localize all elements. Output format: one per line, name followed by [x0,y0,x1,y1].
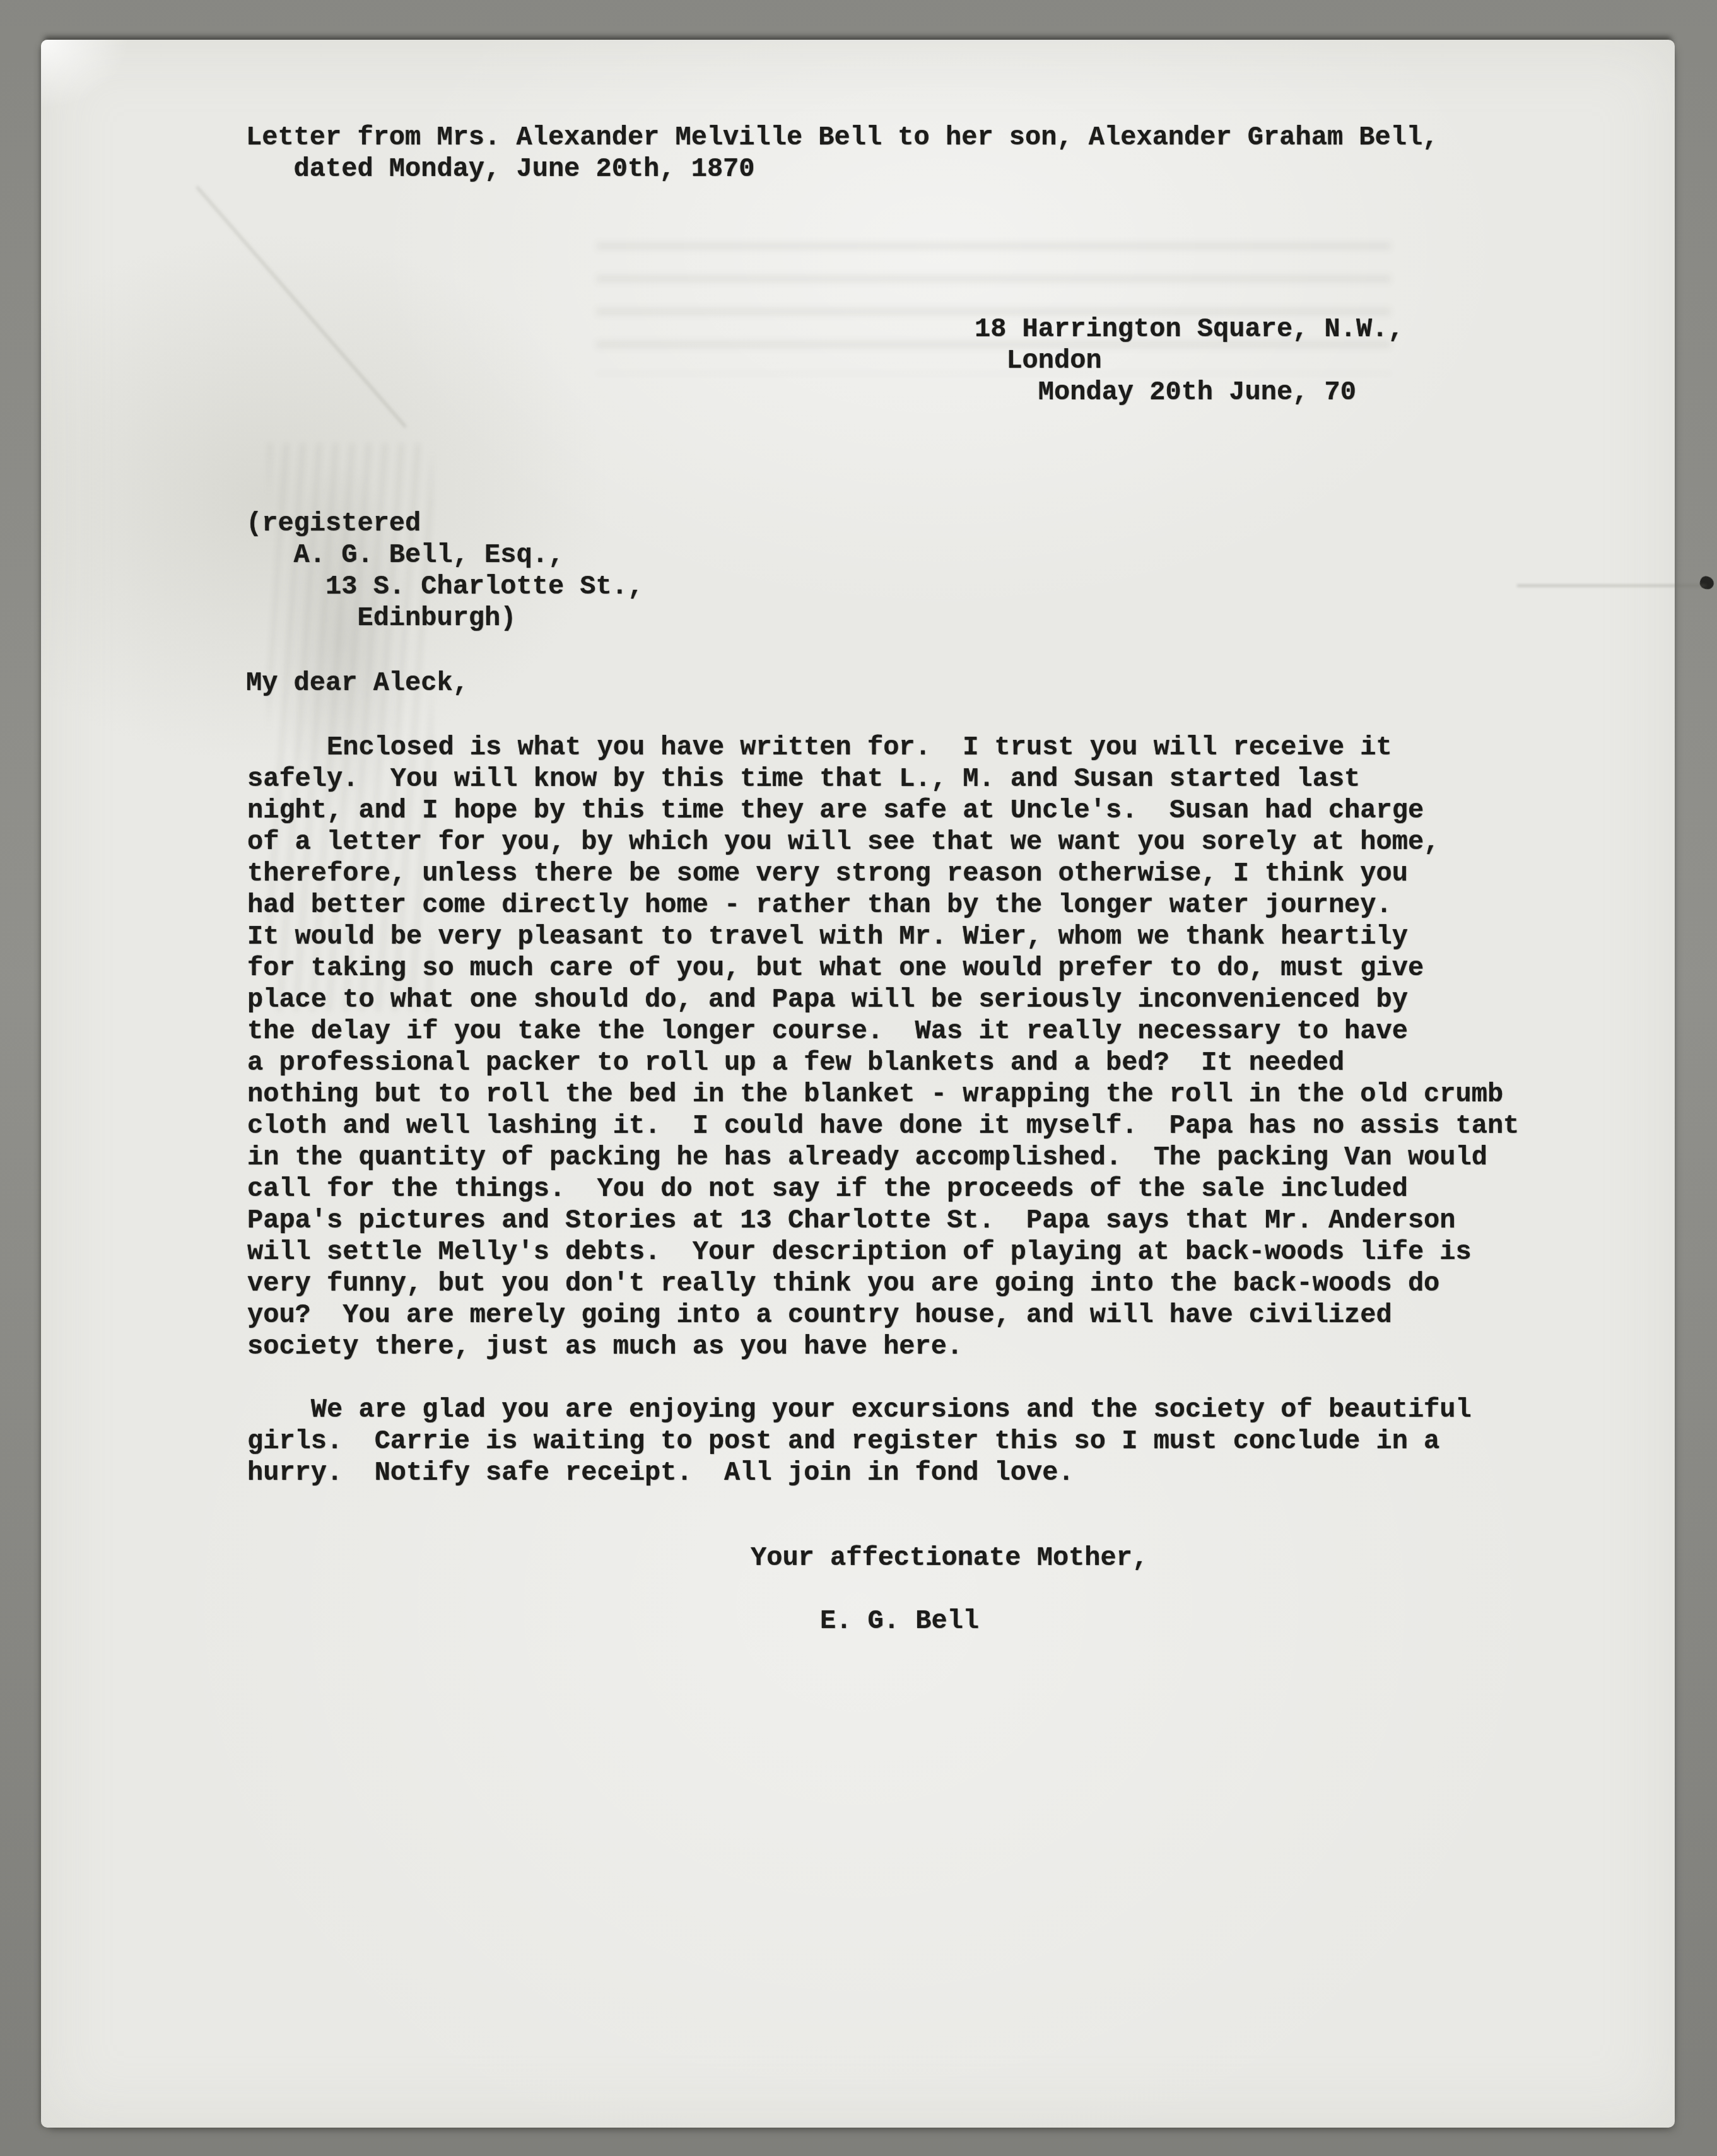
body-line: night, and I hope by this time they are … [247,795,1519,826]
body-line: therefore, unless there be some very str… [247,858,1519,889]
body-line: nothing but to roll the bed in the blank… [247,1079,1519,1110]
ink-blot [1698,575,1715,591]
paper-crease-right [1517,585,1706,587]
paper-crease [196,186,407,428]
return-address-line: Monday 20th June, 70 [975,377,1404,408]
body-line: Papa's pictures and Stories at 13 Charlo… [247,1205,1519,1236]
body-line: hurry. Notify safe receipt. All join in … [247,1457,1472,1489]
body-line: a professional packer to roll up a few b… [247,1047,1519,1079]
body-line: had better come directly home - rather t… [247,889,1519,921]
return-address: 18 Harrington Square, N.W., London Monda… [975,313,1404,408]
signature: E. G. Bell [820,1605,979,1637]
salutation-line: My dear Aleck, [246,667,469,699]
recipient-address: (registered A. G. Bell, Esq., 13 S. Char… [246,508,643,634]
closing-line: Your affectionate Mother, [751,1542,1148,1574]
closing: Your affectionate Mother, [751,1542,1148,1574]
body-line: It would be very pleasant to travel with… [247,921,1519,952]
recipient-line: A. G. Bell, Esq., [246,539,643,571]
body-line: society there, just as much as you have … [247,1331,1519,1362]
recipient-line: (registered [246,508,643,539]
header-note: Letter from Mrs. Alexander Melville Bell… [246,122,1438,185]
body-line: girls. Carrie is waiting to post and reg… [247,1426,1472,1457]
body-line: you? You are merely going into a country… [247,1299,1519,1331]
body-line: for taking so much care of you, but what… [247,952,1519,984]
body-line: the delay if you take the longer course.… [247,1016,1519,1047]
body-paragraph-2: We are glad you are enjoying your excurs… [247,1394,1472,1489]
salutation: My dear Aleck, [246,667,469,699]
body-line: Enclosed is what you have written for. I… [247,732,1519,763]
body-line: in the quantity of packing he has alread… [247,1142,1519,1173]
recipient-line: Edinburgh) [246,602,643,634]
header-note-line: dated Monday, June 20th, 1870 [246,153,1438,185]
body-line: will settle Melly's debts. Your descript… [247,1236,1519,1268]
body-line: place to what one should do, and Papa wi… [247,984,1519,1016]
body-paragraph-1: Enclosed is what you have written for. I… [247,732,1519,1362]
body-line: safely. You will know by this time that … [247,763,1519,795]
body-line: of a letter for you, by which you will s… [247,826,1519,858]
signature-line: E. G. Bell [820,1605,979,1637]
paper-corner-fold [41,40,129,109]
return-address-line: 18 Harrington Square, N.W., [975,313,1404,345]
body-line: very funny, but you don't really think y… [247,1268,1519,1299]
body-line: We are glad you are enjoying your excurs… [247,1394,1472,1426]
scan-background: Letter from Mrs. Alexander Melville Bell… [0,0,1717,2156]
header-note-line: Letter from Mrs. Alexander Melville Bell… [246,122,1438,153]
return-address-line: London [975,345,1404,377]
recipient-line: 13 S. Charlotte St., [246,571,643,602]
body-line: cloth and well lashing it. I could have … [247,1110,1519,1142]
body-line: call for the things. You do not say if t… [247,1173,1519,1205]
